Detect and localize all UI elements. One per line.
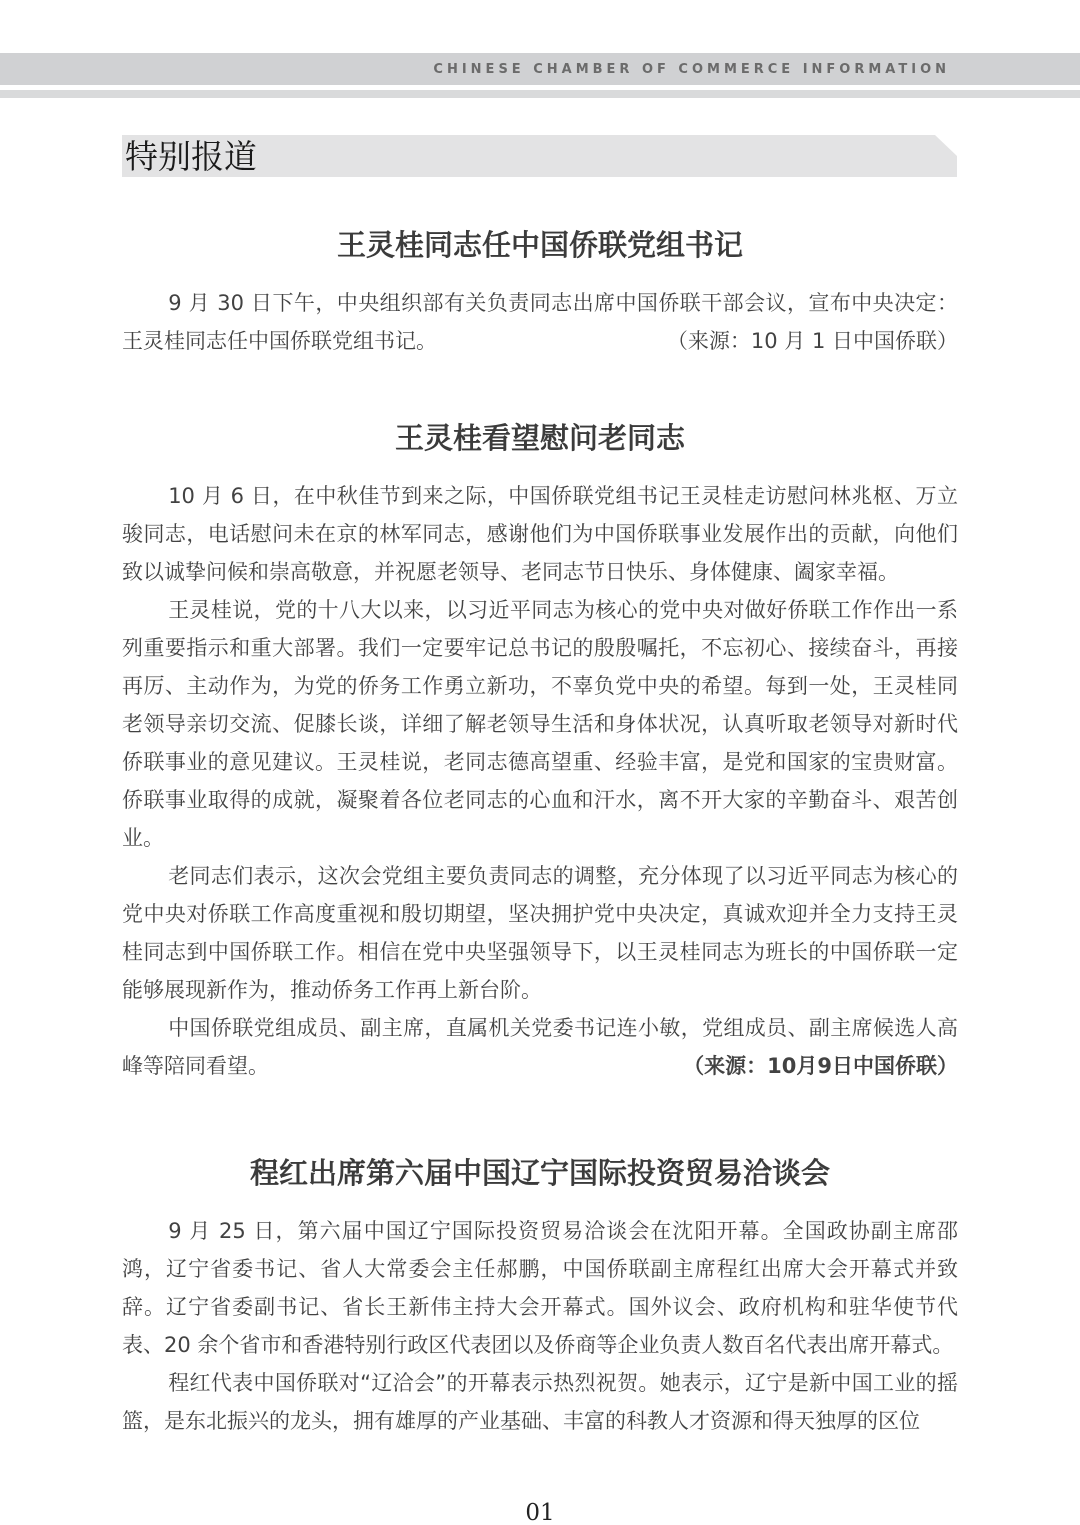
paragraph-text: 10 月 6 日，在中秋佳节到来之际，中国侨联党组书记王灵桂走访慰问林兆枢、万立… [122, 484, 958, 584]
article-2-paragraph-2: 王灵桂说，党的十八大以来，以习近平同志为核心的党中央对做好侨联工作作出一系列重要… [122, 591, 958, 857]
paragraph-text: 9 月 25 日，第六届中国辽宁国际投资贸易洽谈会在沈阳开幕。全国政协副主席邵鸿… [122, 1219, 958, 1357]
page-number: 01 [0, 1500, 1080, 1525]
article-3-title: 程红出席第六届中国辽宁国际投资贸易洽谈会 [122, 1155, 958, 1191]
article-1-title: 王灵桂同志任中国侨联党组书记 [122, 227, 958, 263]
paragraph-text: 程红代表中国侨联对“辽洽会”的开幕表示热烈祝贺。她表示，辽宁是新中国工业的摇篮，… [122, 1371, 958, 1433]
article-2-paragraph-3: 老同志们表示，这次会党组主要负责同志的调整，充分体现了以习近平同志为核心的党中央… [122, 857, 958, 1009]
header-banner-text: CHINESE CHAMBER OF COMMERCE INFORMATION [433, 62, 950, 77]
article-1-paragraph-1: 9 月 30 日下午，中央组织部有关负责同志出席中国侨联干部会议，宣布中央决定：… [122, 284, 958, 360]
section-label-box: 特别报道 [122, 135, 957, 177]
article-1-source-label: （来源：10 月 1 日中国侨联） [667, 322, 958, 360]
article-3-paragraph-2: 程红代表中国侨联对“辽洽会”的开幕表示热烈祝贺。她表示，辽宁是新中国工业的摇篮，… [122, 1364, 958, 1440]
header-rule [0, 90, 1080, 98]
article-2-paragraph-1: 10 月 6 日，在中秋佳节到来之际，中国侨联党组书记王灵桂走访慰问林兆枢、万立… [122, 477, 958, 591]
section-label: 特别报道 [125, 137, 257, 176]
article-2-source-label: （来源：10月9日中国侨联） [683, 1047, 958, 1085]
article-3-paragraph-1: 9 月 25 日，第六届中国辽宁国际投资贸易洽谈会在沈阳开幕。全国政协副主席邵鸿… [122, 1212, 958, 1364]
content-area: 王灵桂同志任中国侨联党组书记 9 月 30 日下午，中央组织部有关负责同志出席中… [122, 227, 958, 1440]
paragraph-text: 王灵桂说，党的十八大以来，以习近平同志为核心的党中央对做好侨联工作作出一系列重要… [122, 598, 958, 850]
header-banner-bar: CHINESE CHAMBER OF COMMERCE INFORMATION [0, 53, 1080, 85]
article-2-title: 王灵桂看望慰问老同志 [122, 420, 958, 456]
article-2-paragraph-4: 中国侨联党组成员、副主席，直属机关党委书记连小敏，党组成员、副主席候选人高峰等陪… [122, 1009, 958, 1085]
paragraph-text: 老同志们表示，这次会党组主要负责同志的调整，充分体现了以习近平同志为核心的党中央… [122, 864, 958, 1002]
document-page: CHINESE CHAMBER OF COMMERCE INFORMATION … [0, 0, 1080, 1525]
